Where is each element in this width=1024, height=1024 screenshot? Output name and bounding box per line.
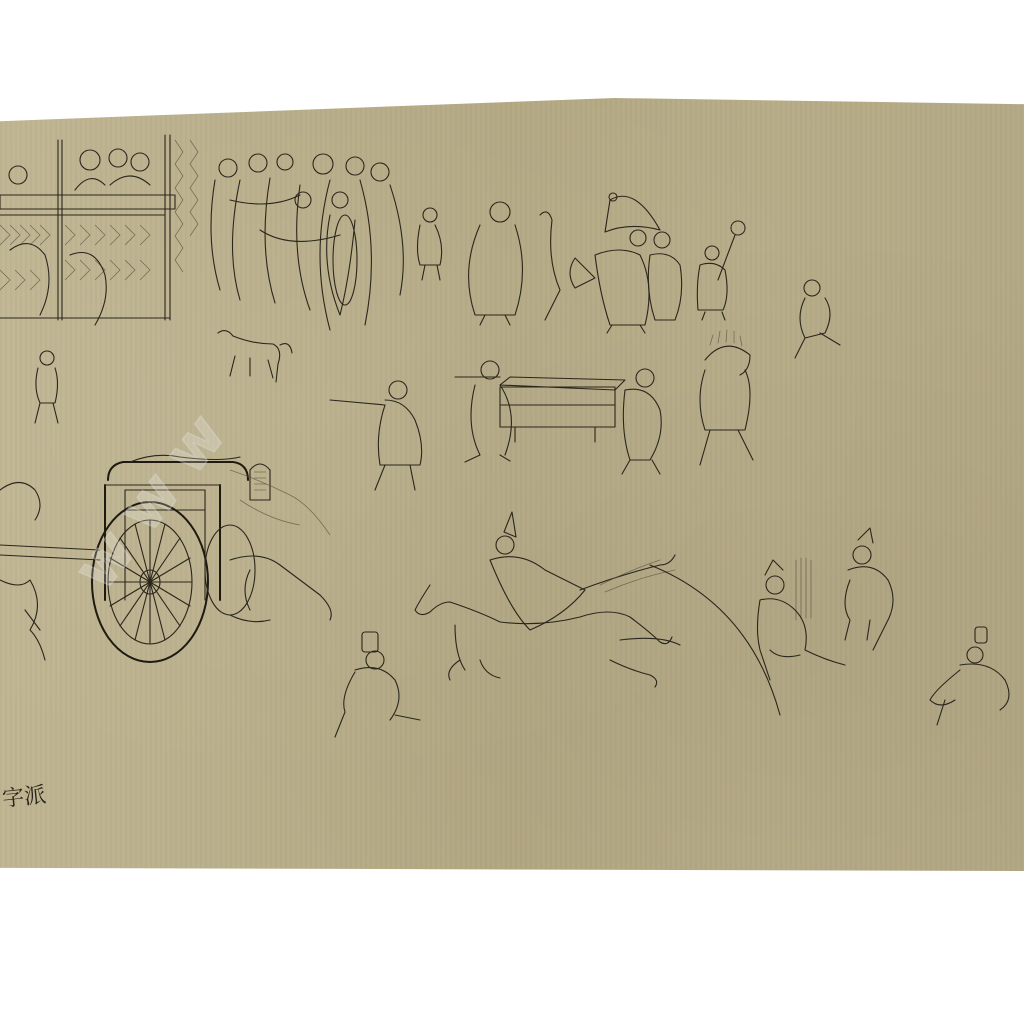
galloping-rider — [415, 512, 680, 687]
artist-signature: 字派 — [1, 778, 48, 813]
standing-attendant — [845, 528, 893, 650]
procession-figures — [570, 193, 840, 358]
ink-drawing — [0, 0, 1024, 1024]
kneeling-figure-right — [930, 627, 1009, 725]
building-lattice — [0, 135, 198, 325]
child-figure — [35, 351, 58, 423]
crowd-of-pilgrims — [211, 154, 560, 330]
dog — [218, 331, 292, 382]
kneeling-figure-center — [335, 632, 420, 737]
pointing-man — [330, 381, 422, 490]
archer-with-bow — [650, 558, 845, 715]
ox-cart — [0, 455, 331, 662]
palanquin-bearers — [455, 330, 753, 474]
